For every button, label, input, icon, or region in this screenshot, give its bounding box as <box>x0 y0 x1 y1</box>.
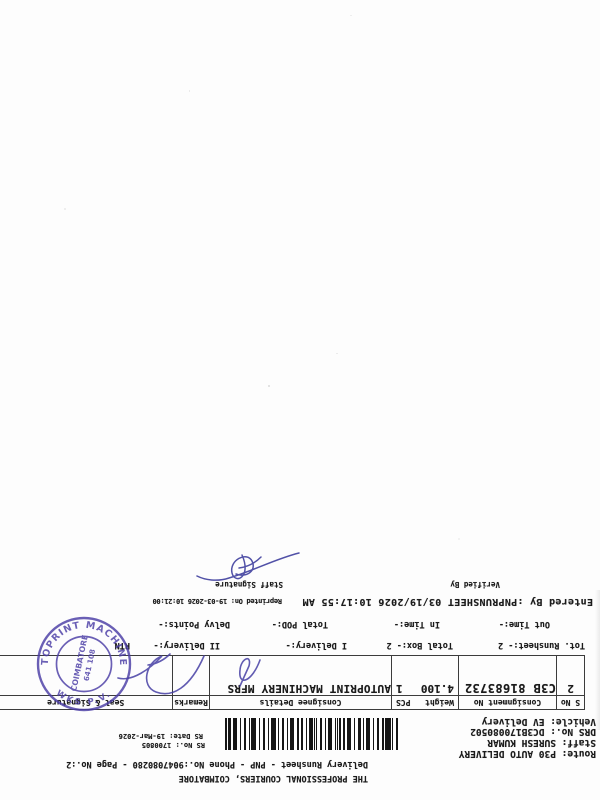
rs-date: RS Date: 19-Mar-2026 <box>119 732 203 740</box>
company-stamp: AUTOPRINT MACHINERY WKS P.V. COIMBATORE … <box>34 614 134 714</box>
column-header-sno: S No <box>557 696 585 710</box>
in-time-label: In Time:- <box>394 619 440 629</box>
total-pod-label: Total POD:- <box>272 619 328 629</box>
paper-speck <box>268 385 270 387</box>
column-header-weight: Weight <box>425 698 454 707</box>
scan-edge-shadow <box>595 590 600 730</box>
seal-signature-scribble <box>110 640 270 702</box>
totals-i-delivery: I Delivery:- <box>286 640 347 650</box>
column-header-consignment-no: Consignment No <box>459 696 557 710</box>
totals-box: Total Box:- 2 <box>386 640 453 650</box>
entered-by-line: Entered By :PNPRUNSHEET 03/19/2026 10:17… <box>302 596 593 607</box>
staff-signature-scribble <box>190 535 305 587</box>
stamp-outer-ring <box>38 618 130 710</box>
column-header-pcs: PCS <box>396 698 410 707</box>
runsheet-title: Delivery Runsheet - PNP - Phone No.:9047… <box>66 759 368 769</box>
staff-line: Staff: SURESH KUMAR <box>459 736 596 747</box>
paper-speck <box>64 208 66 210</box>
run-info-block: Route: P30 AUTO DELIVERY Staff: SURESH K… <box>459 715 596 758</box>
drs-no-line: DRS No.: DC3B170080502 <box>459 726 596 737</box>
cell-consignment-no: C3B 81683732 <box>459 656 557 696</box>
paper-speck <box>189 90 190 92</box>
verified-by-label: Verified By <box>450 580 500 589</box>
rs-no: RS No.: 1700805 <box>142 741 205 749</box>
cell-weight: 4.100 <box>421 682 454 695</box>
totals-runsheet: Tot. Runsheet:- 2 <box>498 640 585 650</box>
reprinted-on-line: Reprinted On: 19-03-2026 10:21:00 <box>153 597 282 605</box>
company-name: THE PROFESSIONAL COURIERS, COIMBATORE <box>179 773 368 783</box>
runsheet-barcode <box>223 718 398 750</box>
cell-weight-pcs: 4.100 1 <box>392 656 459 696</box>
vehicle-line: Vehicle: EV Delivery <box>459 715 596 726</box>
runsheet-document: THE PROFESSIONAL COURIERS, COIMBATORE De… <box>0 0 600 800</box>
paper-speck <box>350 15 352 16</box>
route-line: Route: P30 AUTO DELIVERY <box>459 747 596 758</box>
scanned-runsheet-page: THE PROFESSIONAL COURIERS, COIMBATORE De… <box>0 0 600 800</box>
column-header-weight-pcs: Weight PCS <box>392 696 459 710</box>
delvy-points-label: Delvy Points:- <box>158 619 230 629</box>
out-time-label: Out Time:- <box>499 619 550 629</box>
cell-pcs: 1 <box>396 682 403 695</box>
paper-speck <box>458 538 460 540</box>
paper-speck <box>336 353 338 354</box>
cell-sno: 2 <box>557 656 585 696</box>
